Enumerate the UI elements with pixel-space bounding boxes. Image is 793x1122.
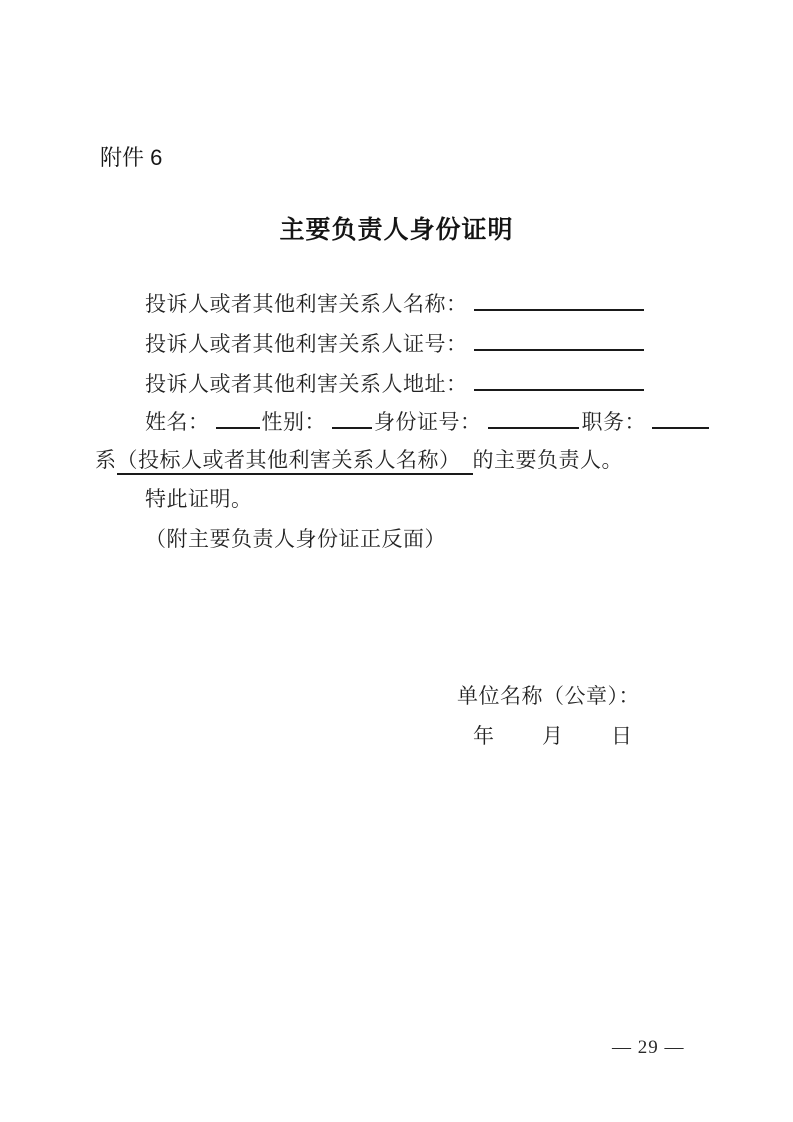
position-blank-line bbox=[652, 409, 709, 429]
document-page: 附件 6 主要负责人身份证明 投诉人或者其他利害关系人名称： 投诉人或者其他利害… bbox=[0, 0, 793, 1122]
attachment-label: 附件 6 bbox=[100, 141, 162, 172]
certify-statement: 特此证明。 bbox=[145, 486, 253, 514]
day-label: 日 bbox=[611, 724, 632, 748]
field-row-complainant-id: 投诉人或者其他利害关系人证号： bbox=[145, 331, 644, 359]
field-row-complainant-name: 投诉人或者其他利害关系人名称： bbox=[145, 291, 644, 319]
relation-suffix: 的主要负责人。 bbox=[473, 448, 624, 472]
complainant-name-blank-line bbox=[474, 291, 644, 311]
month-label: 月 bbox=[542, 724, 563, 748]
field-row-complainant-address: 投诉人或者其他利害关系人地址： bbox=[145, 371, 644, 399]
year-label: 年 bbox=[473, 724, 494, 748]
signature-date-row: 年月日 bbox=[473, 720, 632, 750]
gender-label: 性别： bbox=[262, 410, 327, 434]
page-title: 主要负责人身份证明 bbox=[0, 210, 793, 246]
relation-underlined-text: （投标人或者其他利害关系人名称） bbox=[117, 448, 473, 475]
id-number-label: 身份证号： bbox=[374, 410, 482, 434]
complainant-address-blank-line bbox=[474, 371, 644, 391]
complainant-id-label: 投诉人或者其他利害关系人证号： bbox=[145, 332, 468, 356]
relation-prefix: 系 bbox=[95, 448, 117, 472]
complainant-name-label: 投诉人或者其他利害关系人名称： bbox=[145, 292, 468, 316]
complainant-id-blank-line bbox=[474, 331, 644, 351]
attachment-note: （附主要负责人身份证正反面） bbox=[145, 526, 446, 554]
complainant-address-label: 投诉人或者其他利害关系人地址： bbox=[145, 372, 468, 396]
page-number: — 29 — bbox=[612, 1037, 685, 1059]
person-name-label: 姓名： bbox=[145, 410, 210, 434]
id-number-blank-line bbox=[488, 409, 579, 429]
gender-blank-line bbox=[332, 409, 372, 429]
position-label: 职务： bbox=[582, 410, 647, 434]
field-row-person-info: 姓名：性别：身份证号：职务： bbox=[145, 409, 709, 437]
person-name-blank-line bbox=[216, 409, 260, 429]
organization-seal-label: 单位名称（公章）： bbox=[457, 680, 640, 710]
relation-statement-row: 系（投标人或者其他利害关系人名称）的主要负责人。 bbox=[95, 447, 623, 475]
